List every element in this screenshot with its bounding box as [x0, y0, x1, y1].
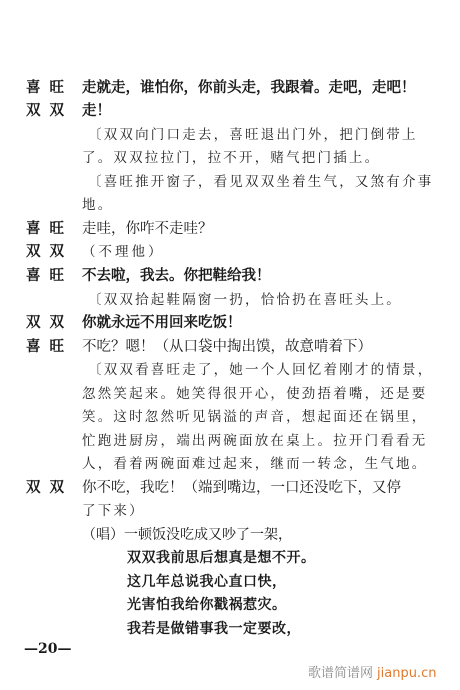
- stage-direction-text: 人，看着两碗面难过起来，继而一转念，生气地。: [82, 453, 427, 475]
- stage-direction-text: 〔喜旺推开窗子，看见双双坐着生气，又煞有介事: [88, 171, 433, 193]
- stage-direction-text: 笑。这时忽然听见锅溢的声音，想起面还在锅里，: [82, 406, 427, 428]
- speaker-name: 双双: [26, 100, 74, 122]
- dialogue-text: 走就走，谁怕你，你前头走，我跟着。走吧，走吧！: [82, 77, 416, 99]
- stage-direction-text: 忙跑进厨房，端出两碗面放在桌上。拉开门看看无: [82, 430, 427, 452]
- stage-direction-text: 忽然笑起来。她笑得很开心，使劲捂着嘴，还是要: [82, 383, 427, 405]
- dialogue-text: 不去啦，我去。你把鞋给我！: [82, 265, 271, 287]
- lyric-text: 我若是做错事我一定要改，: [127, 618, 301, 640]
- stage-direction-text: 〔双双拾起鞋隔窗一扔，恰恰扔在喜旺头上。: [88, 289, 402, 311]
- lyric-text: 光害怕我给你戳祸惹灾。: [127, 594, 287, 616]
- watermark-domain: jianpu.cn: [377, 666, 436, 681]
- speaker-name: 喜旺: [26, 265, 74, 287]
- dialogue-text: 你不吃，我吃！（端到嘴边，一口还没吃下，又停: [82, 477, 401, 499]
- speaker-name: 双双: [26, 477, 74, 499]
- watermark-site-name: 歌谱简谱网: [308, 666, 373, 681]
- speaker-name: 喜旺: [26, 218, 74, 240]
- sung-intro-text: （唱）一顿饭没吃成又吵了一架，: [82, 524, 292, 546]
- lyric-text: 双双我前思后想真是想不开。: [127, 547, 316, 569]
- stage-direction-text: 了。双双拉拉门，拉不开，赌气把门插上。: [82, 147, 380, 169]
- dialogue-text: 走哇，你咋不走哇？: [82, 218, 213, 240]
- lyric-text: 这几年总说我心直口快，: [127, 571, 287, 593]
- dialogue-text: 你就永远不用回来吃饭！: [82, 312, 242, 334]
- stage-direction-text: 〔双双向门口走去，喜旺退出门外，把门倒带上: [88, 124, 418, 146]
- stage-direction-text: 了下来）: [82, 500, 145, 522]
- dialogue-text: 不吃？嗯！（从口袋中掏出馍，故意啃着下）: [82, 336, 372, 358]
- dialogue-text: （不理他）: [82, 241, 165, 263]
- page-number: —20—: [24, 641, 71, 657]
- speaker-name: 喜旺: [26, 77, 74, 99]
- speaker-name: 双双: [26, 312, 74, 334]
- stage-direction-text: 地。: [82, 194, 113, 216]
- speaker-name: 双双: [26, 241, 74, 263]
- dialogue-text: 走！: [82, 100, 111, 122]
- stage-direction-text: 〔双双看喜旺走了，她一个人回忆着刚才的情景，: [88, 359, 433, 381]
- speaker-name: 喜旺: [26, 336, 74, 358]
- watermark: 歌谱简谱网jianpu.cn: [308, 662, 436, 681]
- script-page: 喜旺 走就走，谁怕你，你前头走，我跟着。走吧，走吧！ 双双 走！ 〔双双向门口走…: [0, 0, 460, 690]
